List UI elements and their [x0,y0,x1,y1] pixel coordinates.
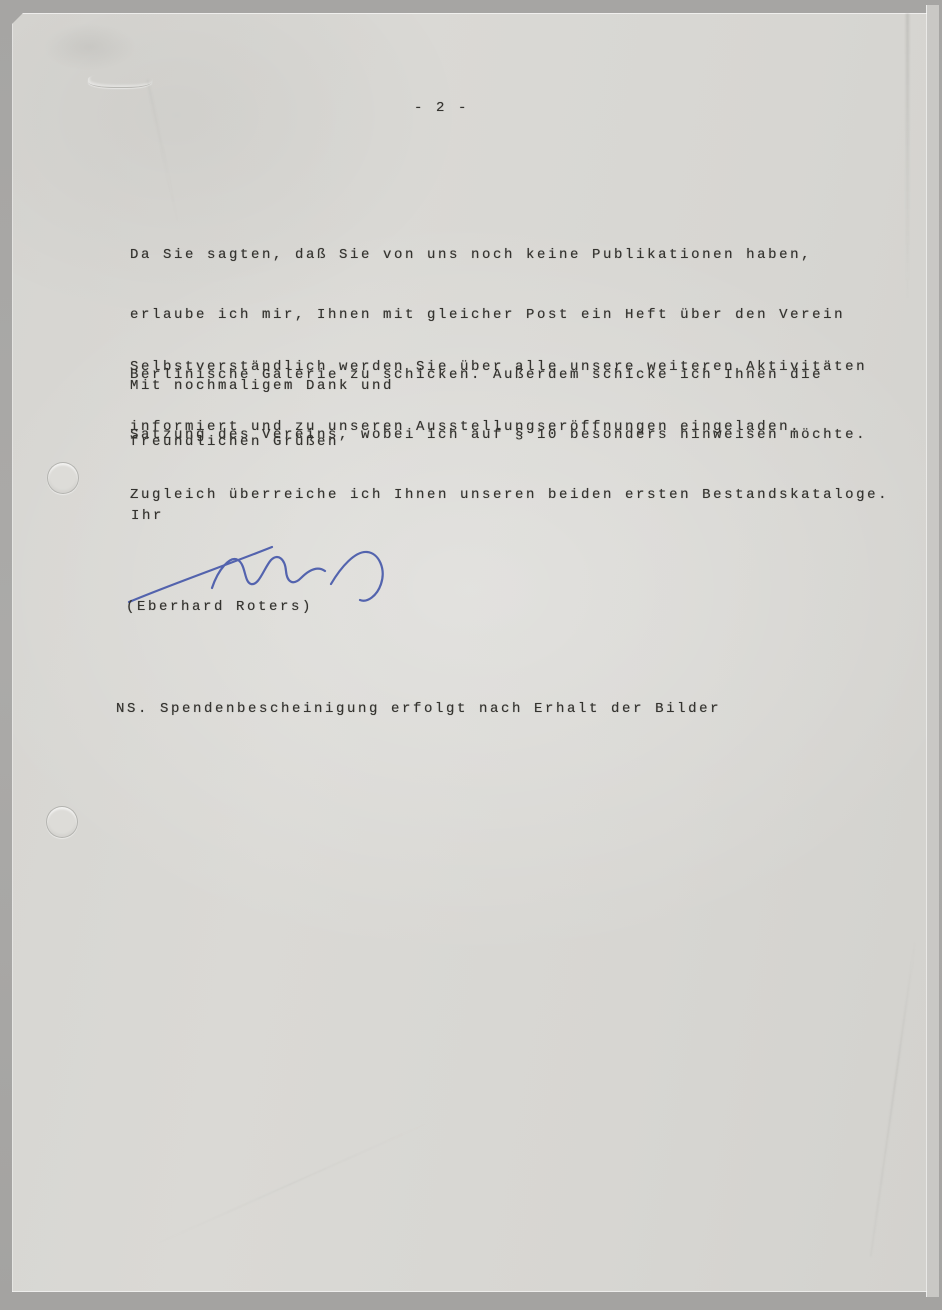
punch-hole-top [47,462,79,494]
punch-hole-bottom [46,806,78,838]
closing-thanks: Mit nochmaligem Dank und [130,376,394,396]
postscript: NS. Spendenbescheinigung erfolgt nach Er… [116,699,721,719]
paper-crease-bottom-left [155,1122,429,1245]
paper-crease-right [906,13,909,303]
fingerprint-smudge [42,23,137,71]
paper-crease-bottom-right [870,939,917,1256]
paragraph-2-line: Selbstverständlich werden Sie über alle … [130,357,867,377]
underlying-sheet-edge [926,5,939,1297]
paragraph-1-line: Zugleich überreiche ich Ihnen unseren be… [130,485,889,505]
page-number: - 2 - [414,98,469,118]
staple-impression [88,73,152,88]
closing-salutation: Ihr [131,506,164,526]
paragraph-1-line: Da Sie sagten, daß Sie von uns noch kein… [130,245,889,265]
paragraph-2: Selbstverständlich werden Sie über alle … [130,317,867,477]
letter-paper: - 2 - Da Sie sagten, daß Sie von uns noc… [12,13,927,1292]
scanned-letter-page: - 2 - Da Sie sagten, daß Sie von uns noc… [0,0,942,1310]
closing-greeting: freundlichen Grüßen [130,432,339,452]
signed-name: (Eberhard Roters) [126,597,313,617]
